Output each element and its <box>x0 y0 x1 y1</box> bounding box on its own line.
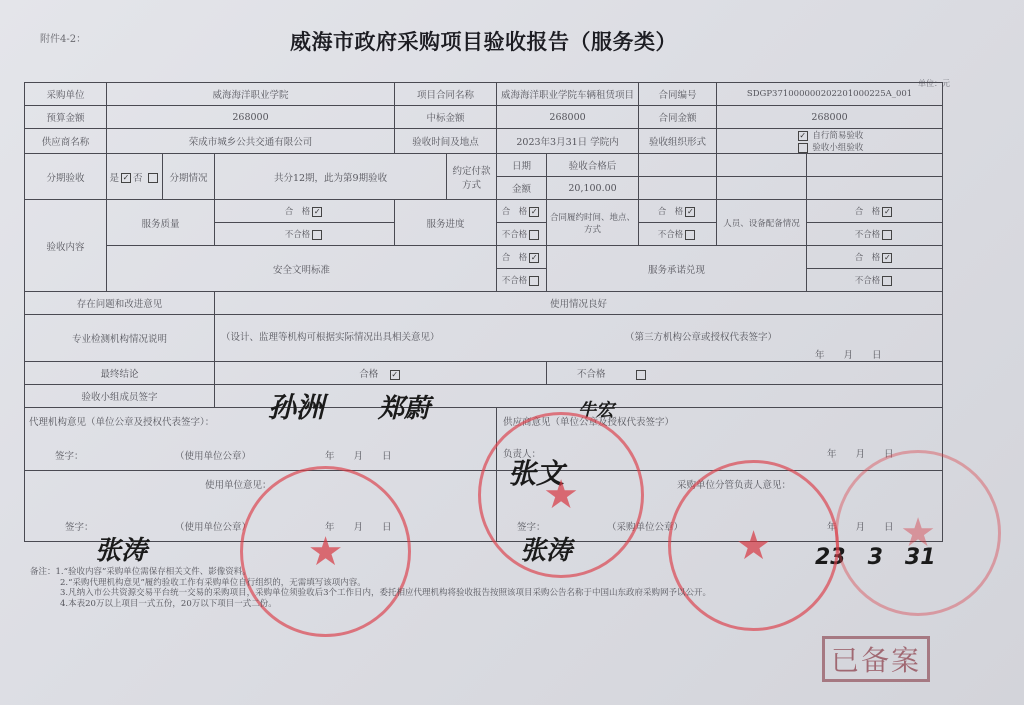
professional-date: 年 月 日 <box>815 347 882 361</box>
budget-value: 268000 <box>107 106 395 129</box>
checkbox-empty-icon[interactable] <box>312 230 322 240</box>
contract-no-label: 合同编号 <box>639 83 717 106</box>
notes: 备注：1.“验收内容”采购单位需保存相关文件、影像资料。 2.“采购代理机构意见… <box>30 567 711 609</box>
inspection-label: 验收内容 <box>25 200 107 292</box>
item-safety-standard: 安全文明标准 <box>107 246 497 292</box>
member-signature-2: 郑蔚 <box>378 388 430 425</box>
payment-label: 约定付款方式 <box>447 154 497 200</box>
org-form-options: ✓ 自行简易验收 验收小组验收 <box>717 129 943 154</box>
filed-stamp: 已备案 <box>822 636 930 682</box>
row-issues: 存在问题和改进意见 使用情况良好 <box>25 292 943 315</box>
row-inspection-1: 验收内容 服务质量 合 格✓ 服务进度 合 格✓ 合同履约时间、地点、方式 合 … <box>25 200 943 223</box>
agency-seal: （使用单位公章） <box>175 448 251 462</box>
checkbox-checked-icon[interactable]: ✓ <box>882 253 892 263</box>
time-place-value: 2023年3月31日 学院内 <box>497 129 639 154</box>
school-seal-stamp-2: ★ <box>835 450 1001 616</box>
document-title: 威海市政府采购项目验收报告（服务类） <box>290 26 677 56</box>
item-service-commitment: 服务承诺兑现 <box>547 246 807 292</box>
row-conclusion: 最终结论 合格 ✓ 不合格 <box>25 362 943 385</box>
installment-situation-label: 分期情况 <box>163 154 215 200</box>
professional-hint: （设计、监理等机构可根据实际情况出具相关意见） <box>221 329 440 343</box>
bid-value: 268000 <box>497 106 639 129</box>
attachment-label: 附件4-2： <box>40 30 86 45</box>
checkbox-empty-icon[interactable] <box>148 173 158 183</box>
contract-name-label: 项目合同名称 <box>395 83 497 106</box>
item-contract-performance: 合同履约时间、地点、方式 <box>547 200 639 246</box>
row-professional: 专业检测机构情况说明 （设计、监理等机构可根据实际情况出具相关意见） （第三方机… <box>25 315 943 362</box>
row-buyer: 采购单位 威海海洋职业学院 项目合同名称 威海海洋职业学院车辆租赁项目 合同编号… <box>25 83 943 106</box>
row-agency-supplier: 代理机构意见（单位公章及授权代表签字）： 签字： （使用单位公章） 年 月 日 … <box>25 408 943 471</box>
time-place-label: 验收时间及地点 <box>395 129 497 154</box>
user-seal: （使用单位公章） <box>175 519 251 533</box>
checkbox-checked-icon[interactable]: ✓ <box>798 131 808 141</box>
budget-label: 预算金额 <box>25 106 107 129</box>
installment-situation-value: 共分12期，此为第9期验收 <box>215 154 447 200</box>
professional-sign-hint: （第三方机构公章或授权代表签字） <box>625 329 777 343</box>
issues-label: 存在问题和改进意见 <box>25 292 215 315</box>
checkbox-empty-icon[interactable] <box>882 230 892 240</box>
checkbox-empty-icon[interactable] <box>529 230 539 240</box>
checkbox-checked-icon[interactable]: ✓ <box>312 207 322 217</box>
checkbox-empty-icon[interactable] <box>636 370 646 380</box>
checkbox-checked-icon[interactable]: ✓ <box>685 207 695 217</box>
school-seal-stamp: ★ <box>240 466 411 637</box>
checkbox-checked-icon[interactable]: ✓ <box>882 207 892 217</box>
row-budget: 预算金额 268000 中标金额 268000 合同金额 268000 <box>25 106 943 129</box>
agency-label: 代理机构意见（单位公章及授权代表签字）： <box>29 414 214 428</box>
row-members: 验收小组成员签字 <box>25 385 943 408</box>
conclusion-label: 最终结论 <box>25 362 215 385</box>
bid-label: 中标金额 <box>395 106 497 129</box>
user-opinion-label: 使用单位意见： <box>205 477 272 491</box>
buyer-value: 威海海洋职业学院 <box>107 83 395 106</box>
item-service-progress: 服务进度 <box>395 200 497 246</box>
payment-date-label: 日期 <box>497 154 547 177</box>
item-personnel-equipment: 人员、设备配备情况 <box>717 200 807 246</box>
checkbox-checked-icon[interactable]: ✓ <box>390 370 400 380</box>
issues-value: 使用情况良好 <box>215 292 943 315</box>
supplier-value: 荣成市城乡公共交通有限公司 <box>107 129 395 154</box>
checkbox-empty-icon[interactable] <box>798 143 808 153</box>
members-label: 验收小组成员签字 <box>25 385 215 408</box>
contract-amount-value: 268000 <box>717 106 943 129</box>
contract-name-value: 威海海洋职业学院车辆租赁项目 <box>497 83 639 106</box>
org-option-team[interactable]: 验收小组验收 <box>719 141 940 153</box>
supplier-seal-stamp: ★ <box>478 412 644 578</box>
payment-amount-label: 金额 <box>497 177 547 200</box>
contract-no-value: SDGP371000000202201000225A_001 <box>717 83 943 106</box>
conclusion-pass[interactable]: 合格 ✓ <box>215 362 547 385</box>
contract-amount-label: 合同金额 <box>639 106 717 129</box>
supplier-label: 供应商名称 <box>25 129 107 154</box>
checkbox-checked-icon[interactable]: ✓ <box>529 253 539 263</box>
agency-sign: 签字： <box>55 448 84 462</box>
checkbox-checked-icon[interactable]: ✓ <box>121 173 131 183</box>
checkbox-empty-icon[interactable] <box>685 230 695 240</box>
checkbox-empty-icon[interactable] <box>529 276 539 286</box>
row-supplier: 供应商名称 荣成市城乡公共交通有限公司 验收时间及地点 2023年3月31日 学… <box>25 129 943 154</box>
row-installment: 分期验收 是✓否 分期情况 共分12期，此为第9期验收 约定付款方式 日期 验收… <box>25 154 943 177</box>
payment-amount-value: 20,100.00 <box>547 177 639 200</box>
org-option-self[interactable]: ✓ 自行简易验收 <box>719 129 940 141</box>
user-sign: 签字： <box>65 519 94 533</box>
installment-yes-no: 是✓否 <box>107 154 163 200</box>
professional-label: 专业检测机构情况说明 <box>25 315 215 362</box>
checkbox-empty-icon[interactable] <box>882 276 892 286</box>
installment-label: 分期验收 <box>25 154 107 200</box>
item-service-quality: 服务质量 <box>107 200 215 246</box>
payment-date-value: 验收合格后 <box>547 154 639 177</box>
conclusion-fail[interactable]: 不合格 <box>547 362 943 385</box>
checkbox-checked-icon[interactable]: ✓ <box>529 207 539 217</box>
org-form-label: 验收组织形式 <box>639 129 717 154</box>
member-signature-1: 孙洲 <box>268 386 324 426</box>
buyer-label: 采购单位 <box>25 83 107 106</box>
agency-date: 年 月 日 <box>325 448 392 462</box>
user-signature: 张涛 <box>95 530 147 567</box>
